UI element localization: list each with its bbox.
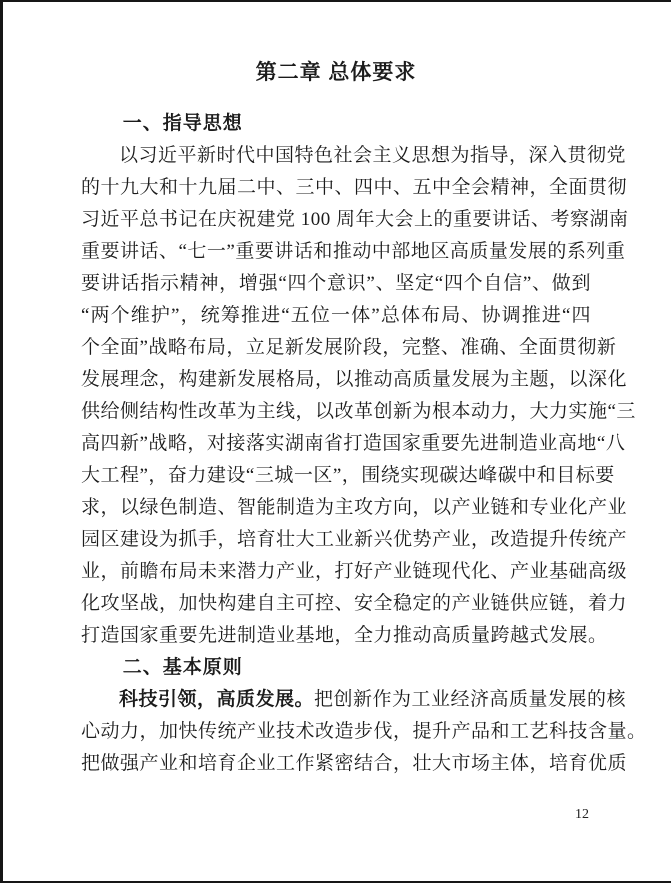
section-heading-guiding-ideology: 一、指导思想 <box>81 108 591 140</box>
text-line: 化攻坚战，加快构建自主可控、安全稳定的产业链供应链，着力 <box>81 588 591 620</box>
text-line: 重要讲话、“七一”重要讲话和推动中部地区高质量发展的系列重 <box>81 236 591 268</box>
text-line: 要讲话指示精神，增强“四个意识”、坚定“四个自信”、做到 <box>81 268 591 300</box>
document-page: 第二章 总体要求 一、指导思想 以习近平新时代中国特色社会主义思想为指导，深入贯… <box>0 0 671 883</box>
chapter-title: 第二章 总体要求 <box>81 58 591 88</box>
text-line: 业，前瞻布局未来潜力产业，打好产业链现代化、产业基础高级 <box>81 556 591 588</box>
page-number: 12 <box>575 806 589 824</box>
text-line: 以习近平新时代中国特色社会主义思想为指导，深入贯彻党 <box>81 140 591 172</box>
section-heading-basic-principles: 二、基本原则 <box>81 652 591 684</box>
text-line: 高四新”战略，对接落实湖南省打造国家重要先进制造业高地“八 <box>81 428 591 460</box>
text-line: 的十九大和十九届二中、三中、四中、五中全会精神，全面贯彻 <box>81 172 591 204</box>
text-line: 心动力，加快传统产业技术改造步伐，提升产品和工艺科技含量。 <box>81 716 591 748</box>
paragraph-basic-principles: 科技引领，高质发展。把创新作为工业经济高质量发展的核心动力，加快传统产业技术改造… <box>81 684 591 780</box>
text-line: 习近平总书记在庆祝建党 100 周年大会上的重要讲话、考察湖南 <box>81 204 591 236</box>
text-line: 园区建设为抓手，培育壮大工业新兴优势产业，改造提升传统产 <box>81 524 591 556</box>
text-line: 供给侧结构性改革为主线，以改革创新为根本动力，大力实施“三 <box>81 396 591 428</box>
text-line: 发展理念，构建新发展格局，以推动高质量发展为主题，以深化 <box>81 364 591 396</box>
text-line: 科技引领，高质发展。把创新作为工业经济高质量发展的核 <box>81 684 591 716</box>
text-line: 求，以绿色制造、智能制造为主攻方向，以产业链和专业化产业 <box>81 492 591 524</box>
text-line: “两个维护”，统筹推进“五位一体”总体布局、协调推进“四 <box>81 300 591 332</box>
paragraph-guiding-ideology: 以习近平新时代中国特色社会主义思想为指导，深入贯彻党的十九大和十九届二中、三中、… <box>81 140 591 652</box>
text-line: 个全面”战略布局，立足新发展阶段，完整、准确、全面贯彻新 <box>81 332 591 364</box>
page-content: 第二章 总体要求 一、指导思想 以习近平新时代中国特色社会主义思想为指导，深入贯… <box>3 2 671 780</box>
text-line: 打造国家重要先进制造业基地，全力推动高质量跨越式发展。 <box>81 620 591 652</box>
text-line: 大工程”，奋力建设“三城一区”，围绕实现碳达峰碳中和目标要 <box>81 460 591 492</box>
bold-lead-text: 科技引领，高质发展。 <box>119 689 314 710</box>
text-line: 把做强产业和培育企业工作紧密结合，壮大市场主体，培育优质 <box>81 748 591 780</box>
